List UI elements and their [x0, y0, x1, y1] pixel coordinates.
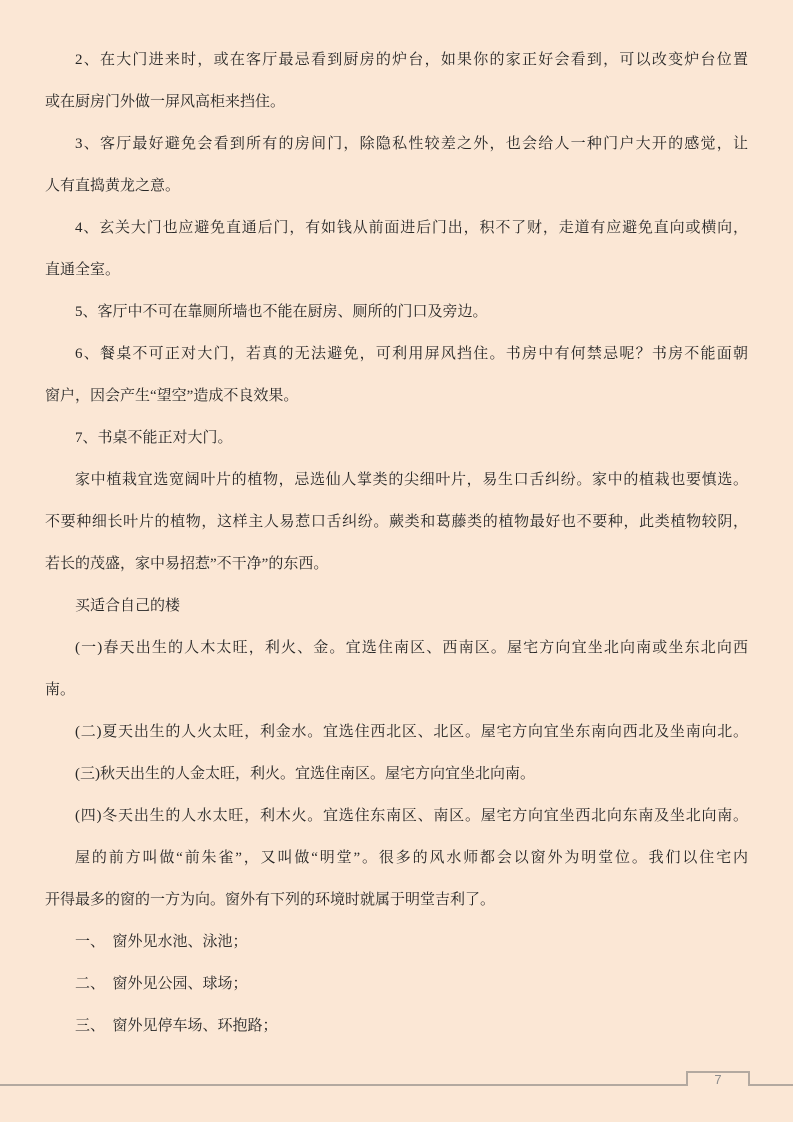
- text-line: 4、玄关大门也应避免直通后门，有如钱从前面进后门出，积不了财，走道有应避免直向或…: [45, 207, 748, 249]
- text-line: 开得最多的窗的一方为向。窗外有下列的环境时就属于明堂吉利了。: [45, 879, 748, 921]
- text-line: 6、餐桌不可正对大门，若真的无法避免，可利用屏风挡住。书房中有何禁忌呢？书房不能…: [45, 333, 748, 375]
- paragraph: 2、在大门进来时，或在客厅最忌看到厨房的炉台，如果你的家正好会看到，可以改变炉台…: [45, 39, 748, 123]
- page-footer: 7: [0, 1071, 793, 1086]
- text-line: (二)夏天出生的人火太旺，利金水。宜选住西北区、北区。屋宅方向宜坐东南向西北及坐…: [45, 711, 748, 753]
- page-number: 7: [714, 1073, 721, 1086]
- paragraph: (二)夏天出生的人火太旺，利金水。宜选住西北区、北区。屋宅方向宜坐东南向西北及坐…: [45, 711, 748, 753]
- paragraph: (一)春天出生的人木太旺，利火、金。宜选住南区、西南区。屋宅方向宜坐北向南或坐东…: [45, 627, 748, 711]
- paragraph: (四)冬天出生的人水太旺，利木火。宜选住东南区、南区。屋宅方向宜坐西北向东南及坐…: [45, 795, 748, 837]
- text-line: (三)秋天出生的人金太旺，利火。宜选住南区。屋宅方向宜坐北向南。: [45, 753, 748, 795]
- text-line: 南。: [45, 669, 748, 711]
- paragraph: 屋的前方叫做“前朱雀”，又叫做“明堂”。很多的风水师都会以窗外为明堂位。我们以住…: [45, 837, 748, 921]
- footer-rule-left: [0, 1084, 686, 1086]
- paragraph: 6、餐桌不可正对大门，若真的无法避免，可利用屏风挡住。书房中有何禁忌呢？书房不能…: [45, 333, 748, 417]
- text-line: 3、客厅最好避免会看到所有的房间门，除隐私性较差之外，也会给人一种门户大开的感觉…: [45, 123, 748, 165]
- text-line: 三、 窗外见停车场、环抱路；: [45, 1005, 748, 1047]
- text-line: 屋的前方叫做“前朱雀”，又叫做“明堂”。很多的风水师都会以窗外为明堂位。我们以住…: [45, 837, 748, 879]
- text-line: 或在厨房门外做一屏风高柜来挡住。: [45, 81, 748, 123]
- text-line: 买适合自己的楼: [45, 585, 748, 627]
- text-line: 人有直捣黄龙之意。: [45, 165, 748, 207]
- paragraph-section-heading: 买适合自己的楼: [45, 585, 748, 627]
- footer-rule-right: [750, 1084, 793, 1086]
- text-line: 若长的茂盛，家中易招惹”不干净”的东西。: [45, 543, 748, 585]
- text-line: 5、客厅中不可在靠厕所墙也不能在厨房、厕所的门口及旁边。: [45, 291, 748, 333]
- document-page: 2、在大门进来时，或在客厅最忌看到厨房的炉台，如果你的家正好会看到，可以改变炉台…: [0, 0, 793, 1122]
- text-line: 直通全室。: [45, 249, 748, 291]
- text-line: 不要种细长叶片的植物，这样主人易惹口舌纠纷。蕨类和葛藤类的植物最好也不要种，此类…: [45, 501, 748, 543]
- list-item: 二、 窗外见公园、球场；: [45, 963, 748, 1005]
- document-body: 2、在大门进来时，或在客厅最忌看到厨房的炉台，如果你的家正好会看到，可以改变炉台…: [45, 39, 748, 1047]
- list-item: 三、 窗外见停车场、环抱路；: [45, 1005, 748, 1047]
- text-line: 家中植栽宜选宽阔叶片的植物，忌选仙人掌类的尖细叶片，易生口舌纠纷。家中的植栽也要…: [45, 459, 748, 501]
- paragraph: 3、客厅最好避免会看到所有的房间门，除隐私性较差之外，也会给人一种门户大开的感觉…: [45, 123, 748, 207]
- paragraph: 4、玄关大门也应避免直通后门，有如钱从前面进后门出，积不了财，走道有应避免直向或…: [45, 207, 748, 291]
- paragraph: 7、书桌不能正对大门。: [45, 417, 748, 459]
- text-line: 7、书桌不能正对大门。: [45, 417, 748, 459]
- page-number-tab: 7: [686, 1071, 750, 1086]
- text-line: 二、 窗外见公园、球场；: [45, 963, 748, 1005]
- paragraph: 家中植栽宜选宽阔叶片的植物，忌选仙人掌类的尖细叶片，易生口舌纠纷。家中的植栽也要…: [45, 459, 748, 585]
- text-line: 2、在大门进来时，或在客厅最忌看到厨房的炉台，如果你的家正好会看到，可以改变炉台…: [45, 39, 748, 81]
- text-line: (四)冬天出生的人水太旺，利木火。宜选住东南区、南区。屋宅方向宜坐西北向东南及坐…: [45, 795, 748, 837]
- list-item: 一、 窗外见水池、泳池；: [45, 921, 748, 963]
- text-line: (一)春天出生的人木太旺，利火、金。宜选住南区、西南区。屋宅方向宜坐北向南或坐东…: [45, 627, 748, 669]
- text-line: 窗户，因会产生“望空”造成不良效果。: [45, 375, 748, 417]
- text-line: 一、 窗外见水池、泳池；: [45, 921, 748, 963]
- paragraph: 5、客厅中不可在靠厕所墙也不能在厨房、厕所的门口及旁边。: [45, 291, 748, 333]
- paragraph: (三)秋天出生的人金太旺，利火。宜选住南区。屋宅方向宜坐北向南。: [45, 753, 748, 795]
